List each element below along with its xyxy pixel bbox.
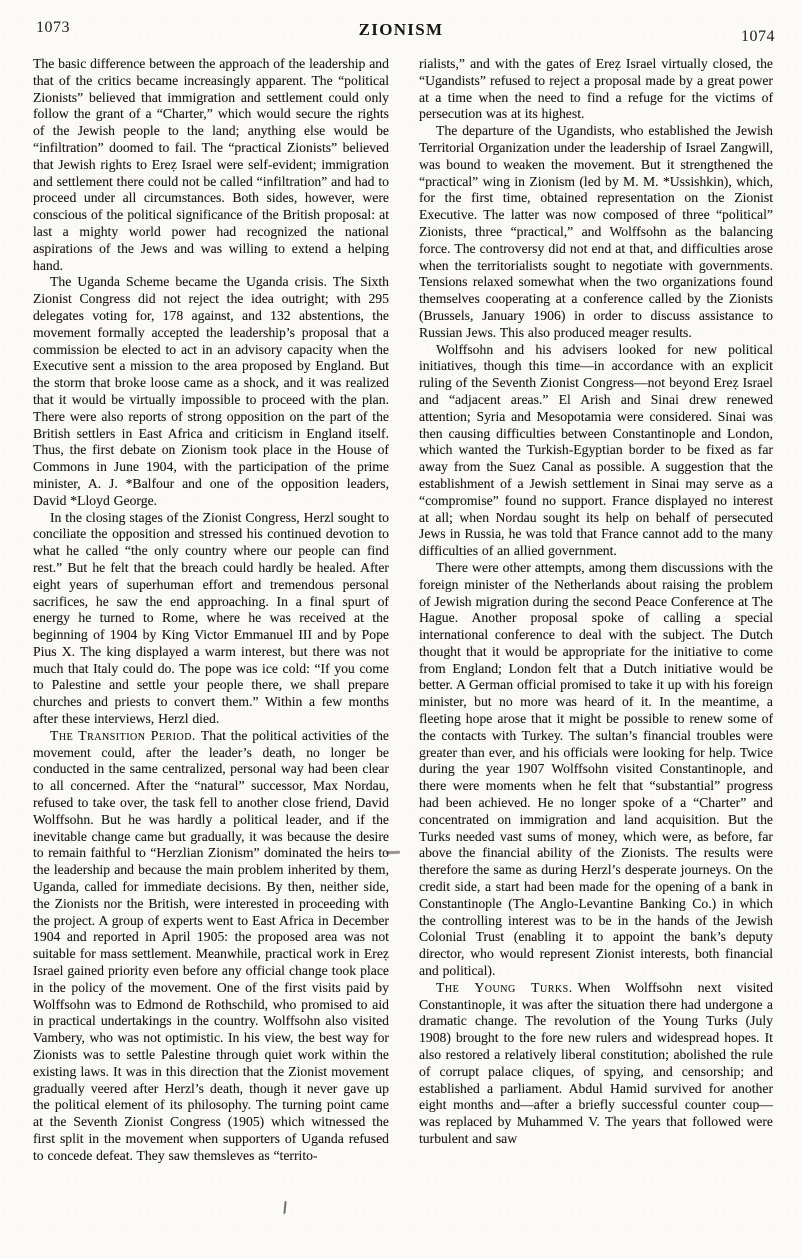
page-number-right: 1074 xyxy=(741,28,775,46)
paragraph-text: The Uganda Scheme became the Uganda cris… xyxy=(33,274,389,507)
running-head-title: ZIONISM xyxy=(0,20,802,40)
text-columns: The basic difference between the approac… xyxy=(33,56,773,1165)
left-paragraph-uganda-scheme: The Uganda Scheme became the Uganda cris… xyxy=(33,274,389,509)
right-paragraph-territorialists: rialists,” and with the gates of Ereẓ Is… xyxy=(419,56,773,123)
right-paragraph-new-initiatives: Wolffsohn and his advisers looked for ne… xyxy=(419,342,773,560)
paragraph-text: rialists,” and with the gates of Ereẓ Is… xyxy=(419,56,773,121)
right-paragraph-young-turks: The Young Turks.When Wolffsohn next visi… xyxy=(419,980,773,1148)
right-paragraph-other-attempts: There were other attempts, among them di… xyxy=(419,560,773,980)
scan-artifact-dash xyxy=(386,851,400,854)
left-column: The basic difference between the approac… xyxy=(33,56,389,1165)
paragraph-text: When Wolffsohn next visited Constantinop… xyxy=(419,980,773,1146)
paragraph-text: In the closing stages of the Zionist Con… xyxy=(33,510,389,727)
paragraph-text: The departure of the Ugandists, who esta… xyxy=(419,123,773,340)
paragraph-text: That the political activities of the mov… xyxy=(33,728,389,1163)
right-column: rialists,” and with the gates of Ereẓ Is… xyxy=(419,56,773,1165)
paragraph-text: Wolffsohn and his advisers looked for ne… xyxy=(419,342,773,559)
left-paragraph-basic-difference: The basic difference between the approac… xyxy=(33,56,389,274)
left-paragraph-transition-period: The Transition Period.That the political… xyxy=(33,728,389,1165)
section-heading-transition-period: The Transition Period. xyxy=(50,728,196,743)
paragraph-text: The basic difference between the approac… xyxy=(33,56,389,273)
scan-artifact-ink-mark xyxy=(283,1201,286,1214)
left-paragraph-closing-stages: In the closing stages of the Zionist Con… xyxy=(33,510,389,728)
right-paragraph-ugandists-departure: The departure of the Ugandists, who esta… xyxy=(419,123,773,341)
section-heading-young-turks: The Young Turks. xyxy=(436,980,573,995)
paragraph-text: There were other attempts, among them di… xyxy=(419,560,773,978)
scanned-encyclopedia-page: 1073 ZIONISM 1074 The basic difference b… xyxy=(0,0,802,1259)
